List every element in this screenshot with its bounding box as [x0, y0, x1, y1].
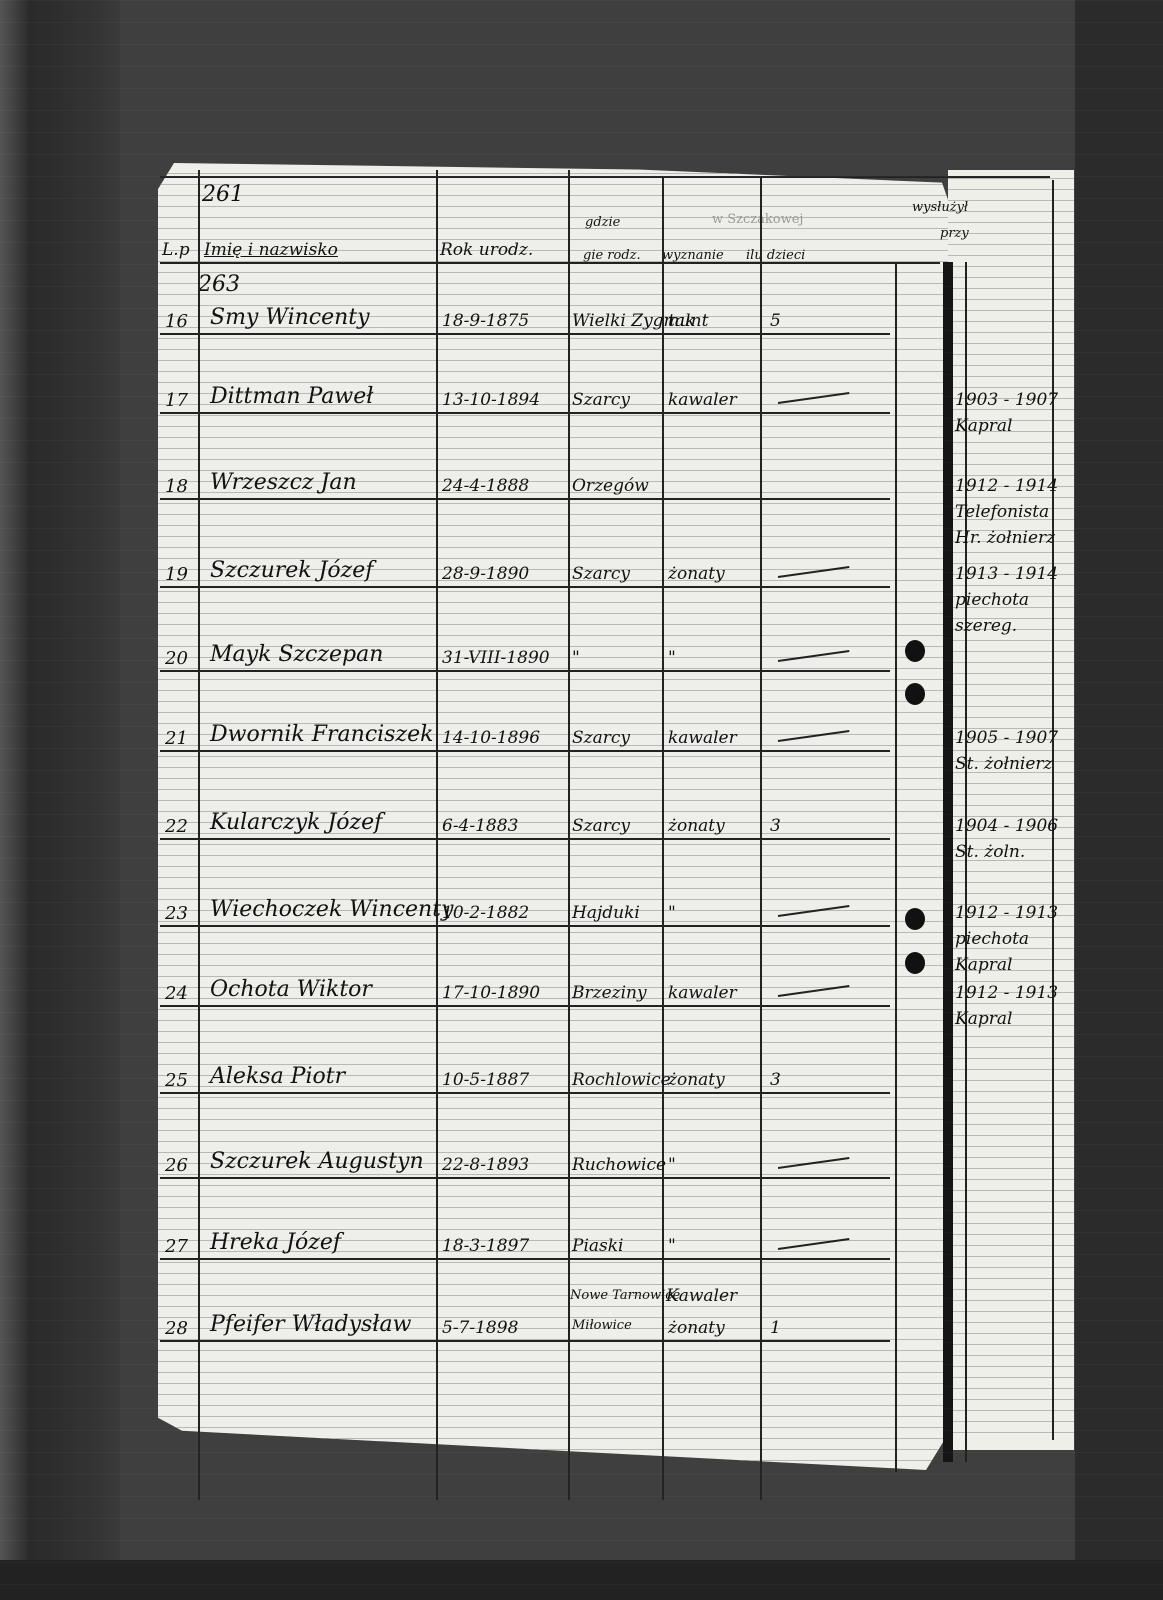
row-rule	[160, 1092, 890, 1094]
birth-date: 6-4-1883	[442, 816, 518, 836]
punch-hole	[905, 640, 925, 662]
ruled-line	[158, 789, 958, 790]
row-rule	[160, 176, 1050, 178]
birth-place: Piaski	[572, 1236, 623, 1256]
ruled-line	[158, 701, 958, 702]
birth-date: 18-3-1897	[442, 1236, 529, 1256]
service-note: piechota	[955, 590, 1029, 610]
birth-place: Ruchowice	[572, 1155, 666, 1175]
service-note: 1905 - 1907	[955, 728, 1058, 748]
person-name: Kularczyk Józef	[210, 810, 382, 835]
ruled-line	[948, 255, 1074, 256]
film-border-bottom	[0, 1560, 1163, 1600]
marital-status: kawaler	[668, 728, 737, 748]
birth-place: Hajduki	[572, 903, 640, 923]
service-note: St. żołnierz	[955, 754, 1053, 774]
service-note: Hr. żołnierz	[955, 528, 1055, 548]
ruled-line	[158, 1427, 958, 1428]
ruled-line	[158, 1438, 958, 1439]
birth-place: Rochlowice	[572, 1070, 671, 1090]
ruled-line	[158, 767, 958, 768]
birth-date: 10-2-1882	[442, 903, 529, 923]
birth-date: 5-7-1898	[442, 1318, 518, 1338]
ruled-line	[158, 217, 958, 218]
service-note: Telefonista	[955, 502, 1049, 522]
ruled-line	[158, 1306, 958, 1307]
ruled-line	[158, 932, 958, 933]
person-name: Ochota Wiktor	[210, 977, 372, 1002]
service-note: St. żoln.	[955, 842, 1025, 862]
ruled-line	[158, 778, 958, 779]
children-count: 1	[770, 1318, 781, 1338]
ruled-line	[158, 1130, 958, 1131]
ruled-line	[158, 1042, 958, 1043]
children-count: 3	[770, 1070, 781, 1090]
header-name: Imię i nazwisko	[204, 240, 338, 260]
service-note: 1912 - 1913	[955, 983, 1058, 1003]
birth-place: "	[572, 648, 580, 668]
ruled-line	[158, 800, 958, 801]
row-number: 18	[165, 476, 188, 497]
ruled-line	[158, 1383, 958, 1384]
marital-status: kawaler	[668, 983, 737, 1003]
ruled-line	[158, 503, 958, 504]
header-lp: L.p	[162, 240, 190, 260]
row-rule	[160, 1005, 890, 1007]
ruled-line	[158, 679, 958, 680]
ruled-line	[158, 1218, 958, 1219]
ruled-line	[158, 228, 958, 229]
ruled-line	[158, 613, 958, 614]
header-place: gie rodz.	[583, 248, 641, 263]
punch-hole	[905, 908, 925, 930]
marital-status: "	[668, 1236, 676, 1256]
person-name: Dittman Paweł	[210, 384, 373, 409]
ruled-line	[158, 624, 958, 625]
header-children: ilu dzieci	[746, 248, 805, 263]
birth-date: 17-10-1890	[442, 983, 540, 1003]
column-rule	[436, 170, 438, 1500]
ruled-line	[158, 1141, 958, 1142]
ruled-line	[158, 206, 958, 207]
page-number-inner: 263	[198, 272, 240, 297]
ruled-line	[158, 855, 958, 856]
service-note: Kapral	[955, 1009, 1012, 1029]
person-name: Dwornik Franciszek	[210, 722, 433, 747]
ruled-line	[158, 1273, 958, 1274]
marital-status: żonaty	[668, 1318, 725, 1338]
person-name: Wiechoczek Wincenty	[210, 897, 453, 922]
ruled-line	[158, 1053, 958, 1054]
ruled-line	[158, 635, 958, 636]
ruled-line	[158, 943, 958, 944]
row-rule	[160, 333, 890, 335]
person-name: Aleksa Piotr	[210, 1064, 345, 1089]
ruled-line	[158, 283, 958, 284]
birth-place: Miłowice	[572, 1318, 632, 1333]
ruled-line	[158, 591, 958, 592]
service-note: 1912 - 1914	[955, 476, 1058, 496]
ruled-line	[158, 173, 958, 174]
ruled-line	[158, 349, 958, 350]
ruled-line	[158, 668, 958, 669]
service-note: Kapral	[955, 955, 1012, 975]
ruled-line	[158, 437, 958, 438]
ruled-line	[158, 1119, 958, 1120]
row-rule	[160, 498, 890, 500]
row-rule	[160, 412, 890, 414]
ruled-line	[158, 1174, 958, 1175]
row-number: 27	[165, 1236, 188, 1257]
birth-place: Szarcy	[572, 564, 630, 584]
person-name: Mayk Szczepan	[210, 642, 383, 667]
row-rule	[160, 838, 890, 840]
row-number: 25	[165, 1070, 188, 1091]
marital-status: żonaty	[668, 816, 725, 836]
service-note: 1913 - 1914	[955, 564, 1058, 584]
ruled-line	[158, 1009, 958, 1010]
ruled-line	[158, 294, 958, 295]
row-number: 20	[165, 648, 188, 669]
birth-place: Szarcy	[572, 816, 630, 836]
stamp-text: w Szczakowej	[712, 212, 803, 227]
page-number-top: 261	[202, 182, 244, 207]
row-rule	[160, 925, 890, 927]
birth-date: 18-9-1875	[442, 311, 529, 331]
header-service: przy	[940, 226, 969, 241]
row-number: 28	[165, 1318, 188, 1339]
ruled-line	[158, 448, 958, 449]
ruled-line	[158, 866, 958, 867]
ruled-line	[158, 1372, 958, 1373]
ruled-line	[948, 178, 1074, 179]
marital-status: "	[668, 648, 676, 668]
birth-place-top: Nowe Tarnowice	[570, 1288, 680, 1303]
row-number: 19	[165, 564, 188, 585]
column-rule	[895, 262, 897, 1472]
header-birth: Rok urodz.	[440, 240, 533, 260]
ruled-line	[158, 756, 958, 757]
ruled-line	[158, 1031, 958, 1032]
ruled-line	[158, 338, 958, 339]
page-spine	[943, 262, 953, 1462]
ruled-line	[948, 222, 1074, 223]
ruled-line	[158, 536, 958, 537]
birth-date: 28-9-1890	[442, 564, 529, 584]
row-number: 21	[165, 728, 188, 749]
service-note: piechota	[955, 929, 1029, 949]
ruled-line	[158, 1449, 958, 1450]
ruled-line	[158, 844, 958, 845]
ruled-line	[158, 690, 958, 691]
ruled-line	[948, 189, 1074, 190]
ruled-line	[158, 195, 958, 196]
ruled-line	[158, 602, 958, 603]
birth-place: Szarcy	[572, 728, 630, 748]
row-number: 16	[165, 311, 188, 332]
row-rule	[160, 1177, 890, 1179]
row-rule	[160, 262, 940, 264]
ruled-line	[158, 371, 958, 372]
marital-status: tak	[668, 311, 695, 331]
children-count: 3	[770, 816, 781, 836]
column-rule	[965, 262, 967, 1462]
ruled-line	[158, 459, 958, 460]
marital-status: "	[668, 903, 676, 923]
ruled-line	[158, 514, 958, 515]
ruled-line	[158, 1394, 958, 1395]
column-rule	[198, 170, 200, 1500]
marital-status: żonaty	[668, 564, 725, 584]
punch-hole	[905, 683, 925, 705]
birth-date: 14-10-1896	[442, 728, 540, 748]
ruled-line	[158, 1207, 958, 1208]
ruled-line	[158, 1295, 958, 1296]
header-status: wyznanie	[662, 248, 724, 263]
row-number: 23	[165, 903, 188, 924]
row-number: 17	[165, 390, 188, 411]
person-name: Wrzeszcz Jan	[210, 470, 357, 495]
row-rule	[160, 670, 890, 672]
header-service-top: wysłużył	[912, 200, 968, 215]
service-note: 1903 - 1907	[955, 390, 1058, 410]
ruled-line	[158, 382, 958, 383]
person-name: Smy Wincenty	[210, 305, 370, 330]
person-name: Szczurek Augustyn	[210, 1149, 424, 1174]
birth-date: 10-5-1887	[442, 1070, 529, 1090]
row-number: 26	[165, 1155, 188, 1176]
service-note: Kapral	[955, 416, 1012, 436]
person-name: Pfeifer Władysław	[210, 1312, 411, 1337]
marital-status: żonaty	[668, 1070, 725, 1090]
birth-date: 24-4-1888	[442, 476, 529, 496]
ruled-line	[158, 1020, 958, 1021]
ruled-line	[158, 1405, 958, 1406]
birth-date: 13-10-1894	[442, 390, 540, 410]
ruled-line	[158, 360, 958, 361]
birth-date: 22-8-1893	[442, 1155, 529, 1175]
film-border-left	[0, 0, 120, 1600]
ruled-line	[158, 1196, 958, 1197]
service-note: 1904 - 1906	[955, 816, 1058, 836]
row-number: 22	[165, 816, 188, 837]
ruled-line	[948, 244, 1074, 245]
marital-status: "	[668, 1155, 676, 1175]
ruled-line	[158, 1284, 958, 1285]
marital-status: kawaler	[668, 390, 737, 410]
birth-place: Orzegów	[572, 476, 649, 496]
service-note: 1912 - 1913	[955, 903, 1058, 923]
service-note: szereg.	[955, 616, 1017, 636]
ruled-line	[158, 426, 958, 427]
ruled-line	[158, 272, 958, 273]
row-rule	[160, 1340, 890, 1342]
punch-hole	[905, 952, 925, 974]
column-rule	[1052, 180, 1054, 1440]
children-count: 5	[770, 311, 781, 331]
film-border-right	[1075, 0, 1163, 1600]
ruled-line	[158, 877, 958, 878]
birth-date: 31-VIII-1890	[442, 648, 550, 668]
birth-place: Szarcy	[572, 390, 630, 410]
row-rule	[160, 586, 890, 588]
header-place-top: gdzie	[585, 215, 620, 230]
ruled-line	[158, 1350, 958, 1351]
ruled-line	[158, 954, 958, 955]
marital-status-top: Kawaler	[666, 1286, 737, 1306]
ruled-line	[158, 1361, 958, 1362]
ruled-line	[158, 1262, 958, 1263]
ruled-line	[158, 415, 958, 416]
ruled-line	[158, 1108, 958, 1109]
ruled-line	[158, 1416, 958, 1417]
row-rule	[160, 1258, 890, 1260]
ruled-line	[158, 547, 958, 548]
person-name: Hreka Józef	[210, 1230, 341, 1255]
row-number: 24	[165, 983, 188, 1004]
ruled-line	[158, 712, 958, 713]
ruled-line	[158, 184, 958, 185]
ruled-line	[158, 1185, 958, 1186]
row-rule	[160, 750, 890, 752]
person-name: Szczurek Józef	[210, 558, 373, 583]
ruled-line	[158, 1097, 958, 1098]
birth-place: Brzeziny	[572, 983, 647, 1003]
ruled-line	[158, 1460, 958, 1461]
ruled-line	[158, 525, 958, 526]
ruled-line	[158, 965, 958, 966]
ruled-line	[158, 888, 958, 889]
